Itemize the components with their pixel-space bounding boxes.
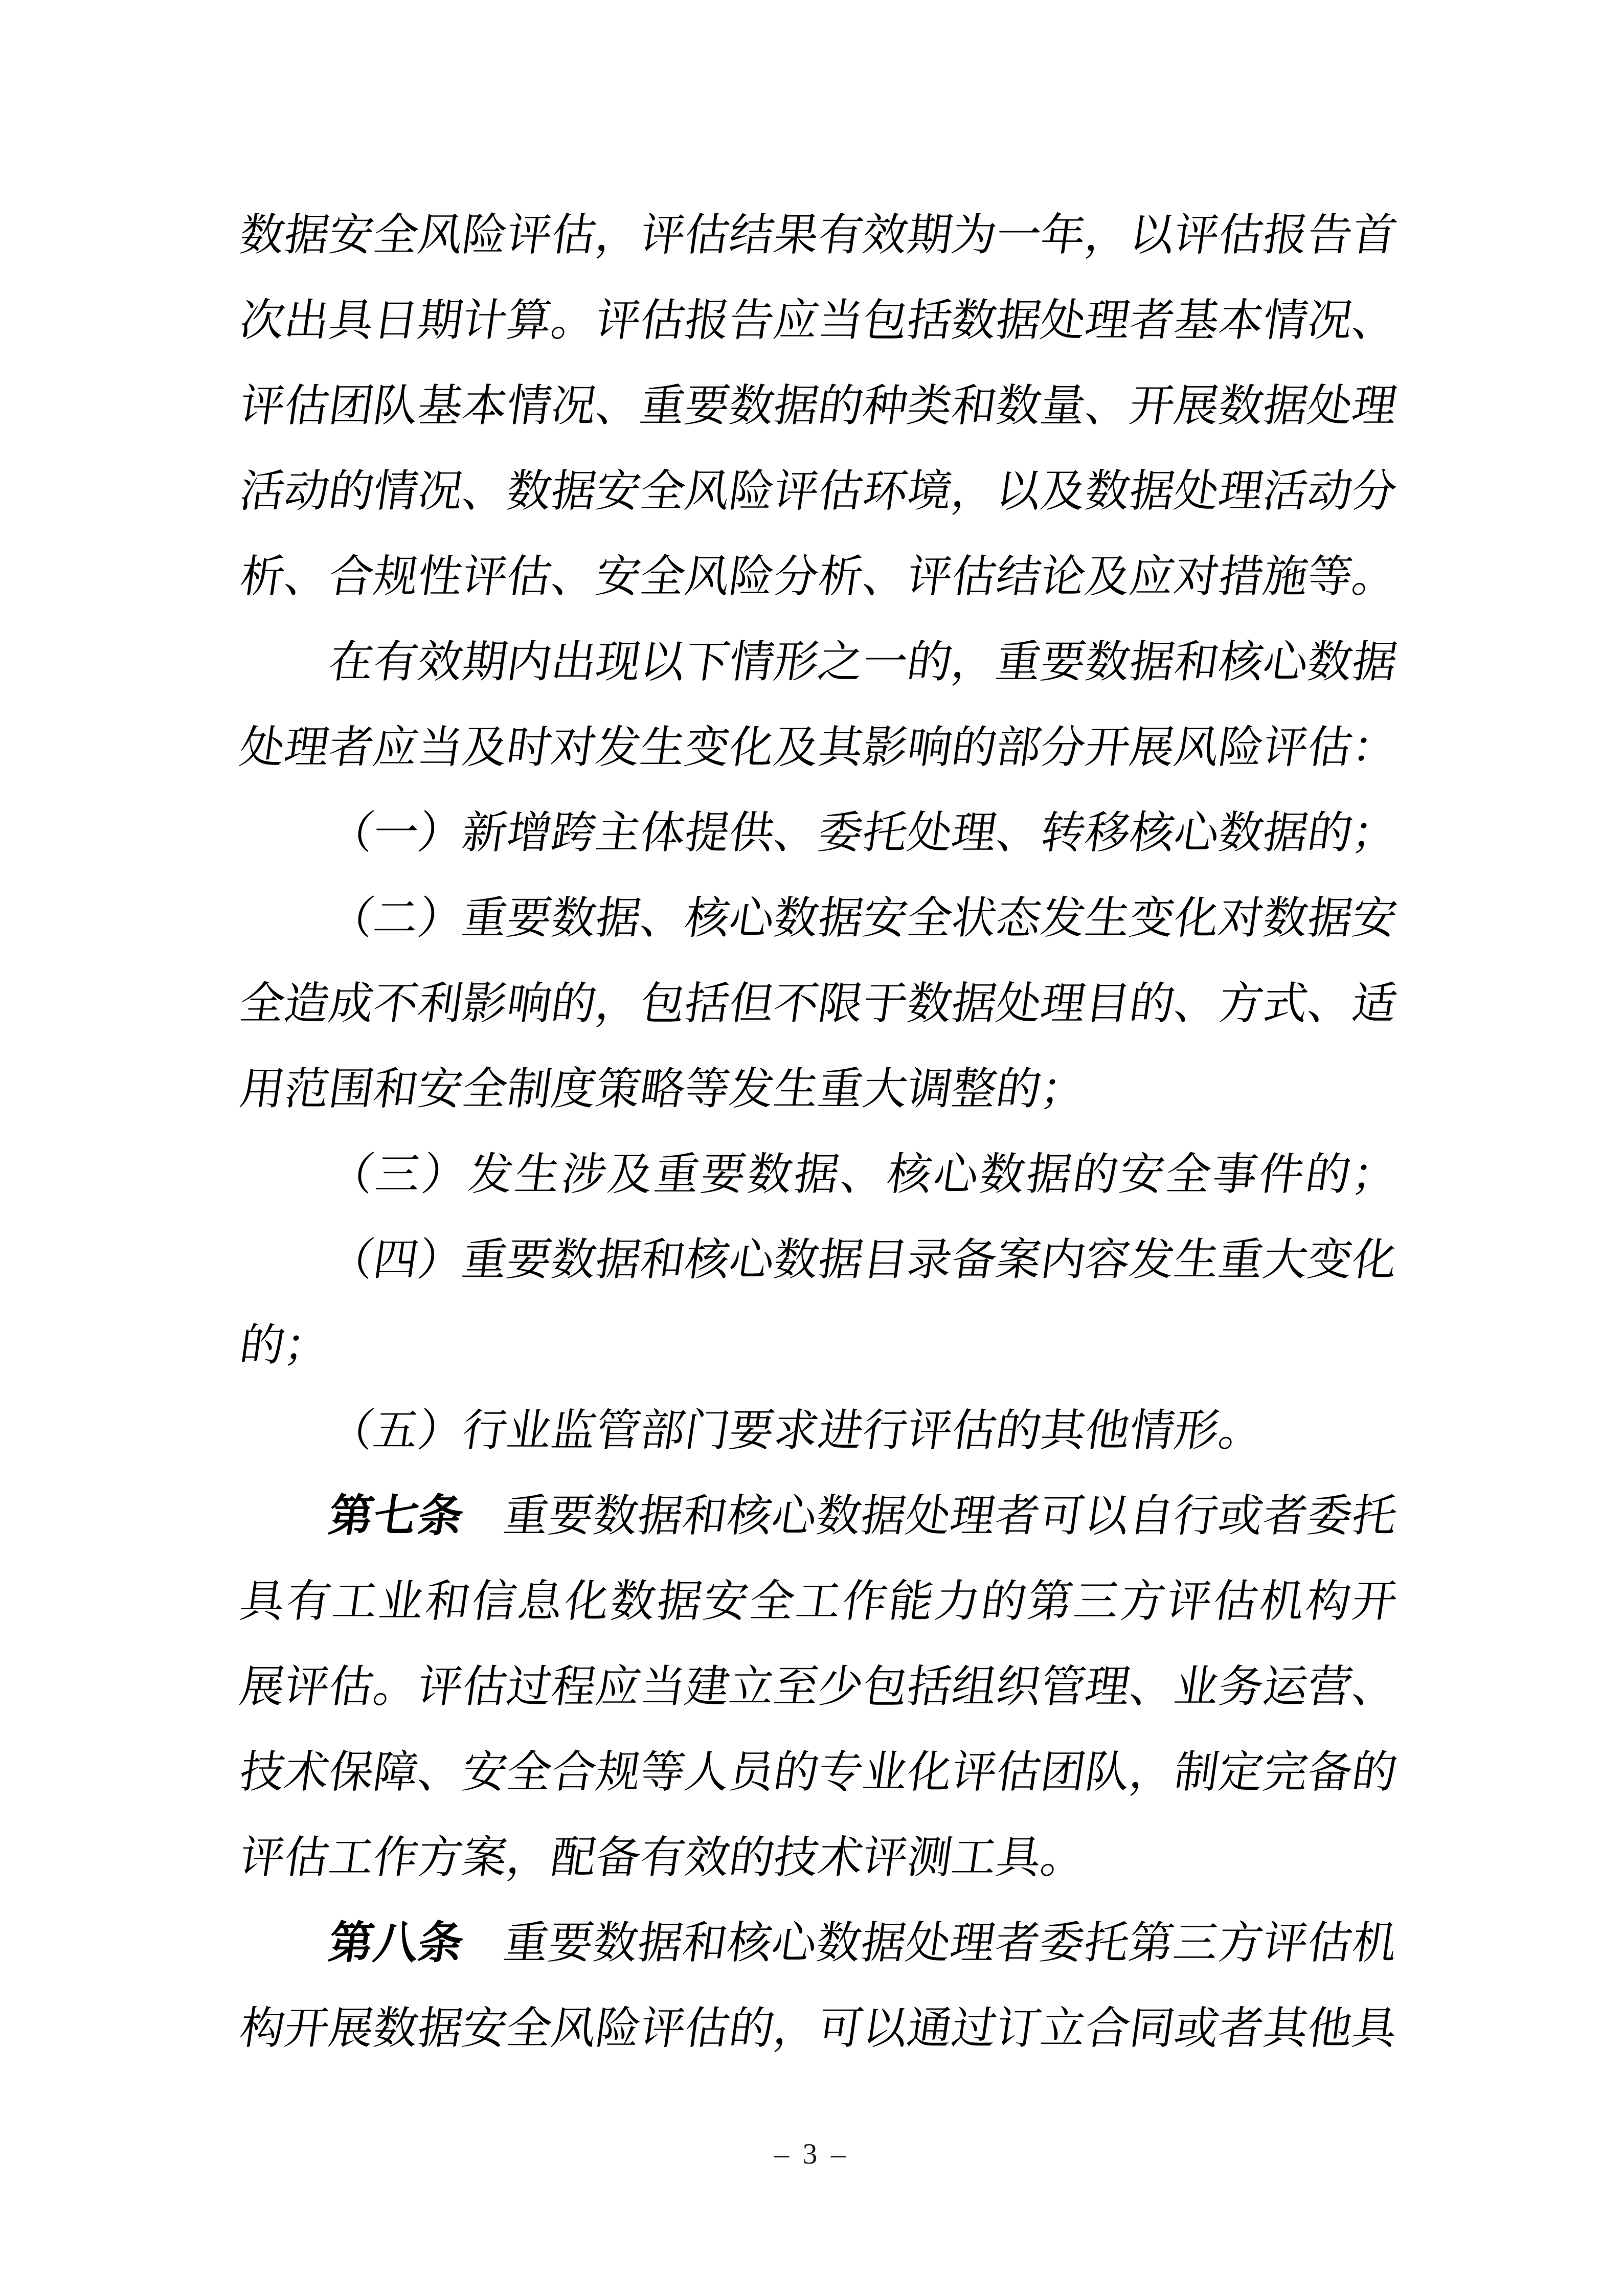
article-7-label: 第七条	[326, 1491, 467, 1541]
text-line: 数据安全风险评估，评估结果有效期为一年，以评估报告首	[234, 192, 1403, 278]
text-line: 用范围和安全制度策略等发生重大调整的；	[234, 1046, 1403, 1132]
text-line: 评估工作方案，配备有效的技术评测工具。	[234, 1815, 1403, 1900]
text-line: 在有效期内出现以下情形之一的，重要数据和核心数据	[234, 619, 1403, 705]
text-line: 构开展数据安全风险评估的，可以通过订立合同或者其他具	[234, 1986, 1403, 2071]
document-page: 数据安全风险评估，评估结果有效期为一年，以评估报告首 次出具日期计算。评估报告应…	[0, 0, 1623, 2296]
text-line: （四）重要数据和核心数据目录备案内容发生重大变化	[234, 1217, 1403, 1302]
text-line: 具有工业和信息化数据安全工作能力的第三方评估机构开	[234, 1559, 1403, 1644]
article-7-text: 重要数据和核心数据处理者可以自行或者委托	[501, 1491, 1401, 1541]
page-number: – 3 –	[0, 2128, 1623, 2179]
text-line: （二）重要数据、核心数据安全状态发生变化对数据安	[234, 875, 1403, 961]
text-line: 析、合规性评估、安全风险分析、评估结论及应对措施等。	[234, 534, 1403, 619]
text-line: （三）发生涉及重要数据、核心数据的安全事件的；	[234, 1132, 1403, 1217]
text-line: 第七条重要数据和核心数据处理者可以自行或者委托	[234, 1473, 1403, 1559]
document-text-block: 数据安全风险评估，评估结果有效期为一年，以评估报告首 次出具日期计算。评估报告应…	[240, 192, 1397, 2071]
text-line: 次出具日期计算。评估报告应当包括数据处理者基本情况、	[234, 278, 1403, 363]
text-line: （五）行业监管部门要求进行评估的其他情形。	[234, 1388, 1403, 1473]
text-line: 处理者应当及时对发生变化及其影响的部分开展风险评估：	[234, 705, 1403, 790]
text-line: 技术保障、安全合规等人员的专业化评估团队，制定完备的	[234, 1729, 1403, 1815]
text-line: 活动的情况、数据安全风险评估环境，以及数据处理活动分	[234, 448, 1403, 534]
text-line: 展评估。评估过程应当建立至少包括组织管理、业务运营、	[234, 1644, 1403, 1729]
text-line: 的；	[234, 1302, 1403, 1388]
text-line: 评估团队基本情况、重要数据的种类和数量、开展数据处理	[234, 363, 1403, 448]
text-line: 全造成不利影响的，包括但不限于数据处理目的、方式、适	[234, 961, 1403, 1046]
text-line: 第八条重要数据和核心数据处理者委托第三方评估机	[234, 1900, 1403, 1986]
article-8-label: 第八条	[326, 1918, 467, 1968]
article-8-text: 重要数据和核心数据处理者委托第三方评估机	[501, 1918, 1401, 1968]
text-line: （一）新增跨主体提供、委托处理、转移核心数据的；	[234, 790, 1403, 875]
